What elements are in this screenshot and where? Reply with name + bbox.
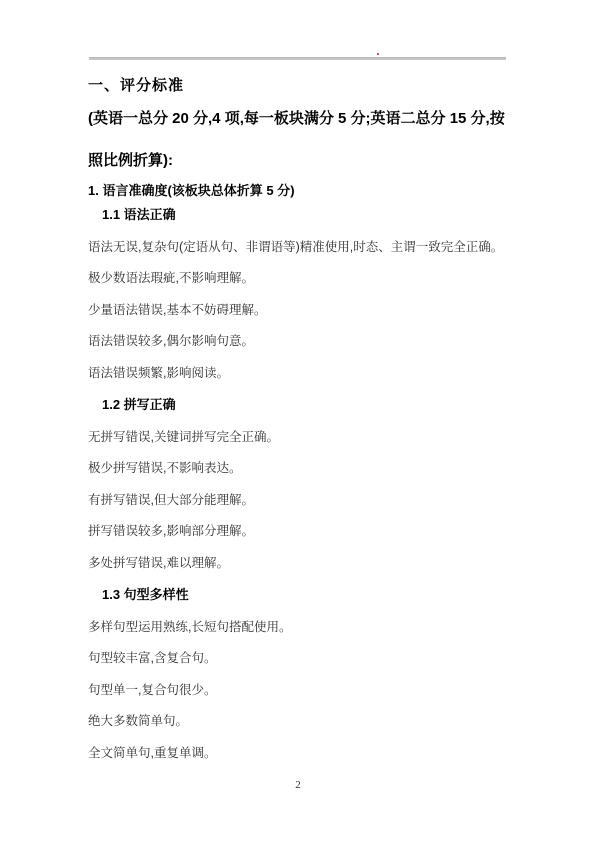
criterion-line: 少量语法错误,基本不妨碍理解。 — [88, 302, 508, 319]
criterion-line: 有拼写错误,但大部分能理解。 — [88, 492, 508, 509]
criterion-line: 语法错误频繁,影响阅读。 — [88, 365, 508, 382]
doc-title: 一、评分标准 — [88, 76, 508, 96]
criterion-line: 拼写错误较多,影响部分理解。 — [88, 523, 508, 540]
criterion-line: 极少拼写错误,不影响表达。 — [88, 460, 508, 477]
criterion-line: 句型较丰富,含复合句。 — [88, 650, 508, 667]
red-dot-mark — [377, 53, 379, 55]
subsection-1-3-heading: 1.3 句型多样性 — [88, 586, 508, 604]
subsection-1-2-heading: 1.2 拼写正确 — [88, 396, 508, 414]
section-1-heading: 1. 语言准确度(该板块总体折算 5 分) — [88, 182, 508, 200]
criterion-line: 全文简单句,重复单调。 — [88, 745, 508, 762]
document-page: 一、评分标准 (英语一总分 20 分,4 项,每一板块满分 5 分;英语二总分 … — [0, 0, 596, 842]
criterion-line: 绝大多数简单句。 — [88, 713, 508, 730]
subsection-1-1-heading: 1.1 语法正确 — [88, 206, 508, 224]
criterion-line: 语法无误,复杂句(定语从句、非谓语等)精准使用,时态、主谓一致完全正确。 — [88, 239, 508, 256]
document-content: 一、评分标准 (英语一总分 20 分,4 项,每一板块满分 5 分;英语二总分 … — [88, 76, 508, 776]
criterion-line: 无拼写错误,关键词拼写完全正确。 — [88, 429, 508, 446]
page-number: 2 — [0, 779, 596, 791]
criterion-line: 多处拼写错误,难以理解。 — [88, 555, 508, 572]
criterion-line: 语法错误较多,偶尔影响句意。 — [88, 333, 508, 350]
criterion-line: 极少数语法瑕疵,不影响理解。 — [88, 270, 508, 287]
doc-intro: (英语一总分 20 分,4 项,每一板块满分 5 分;英语二总分 15 分,按照… — [88, 98, 508, 182]
header-rule — [89, 57, 506, 60]
criterion-line: 多样句型运用熟练,长短句搭配使用。 — [88, 619, 508, 636]
criterion-line: 句型单一,复合句很少。 — [88, 682, 508, 699]
